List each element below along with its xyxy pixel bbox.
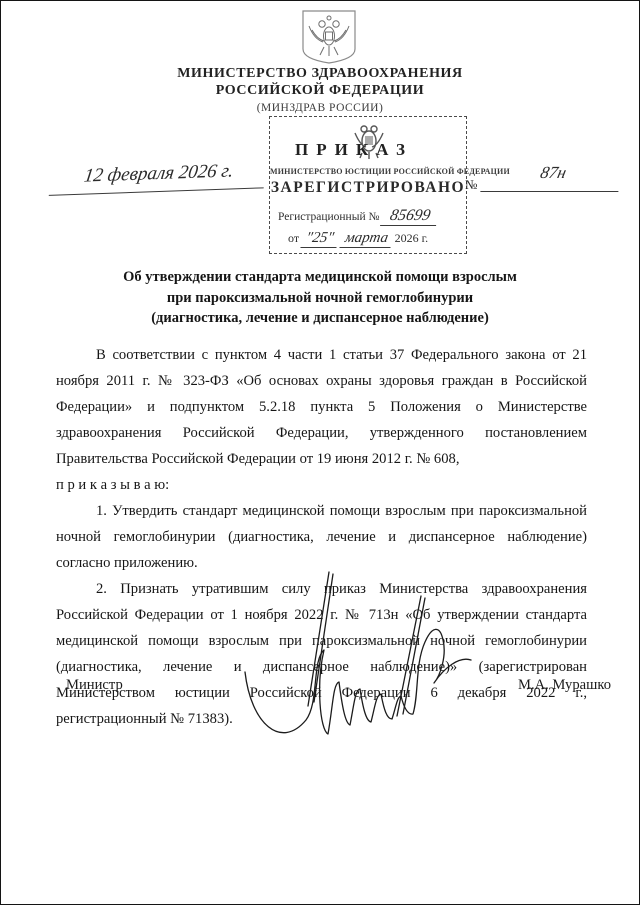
handwritten-order-number: 87н <box>480 157 625 192</box>
order-title-line-3: (диагностика, лечение и диспансерное наб… <box>1 308 639 329</box>
paragraph-preamble: В соответствии с пунктом 4 части 1 стать… <box>56 342 587 472</box>
minjust-emblem-icon <box>352 119 386 159</box>
signer-name: М.А. Мурашко <box>518 677 611 694</box>
stamp-date-month-handwritten: марта <box>339 230 393 248</box>
russia-coat-of-arms-icon <box>300 9 358 65</box>
stamp-date-line: от "25" марта 2026 г. <box>288 230 464 248</box>
paragraph-item-1: 1. Утвердить стандарт медицинской помощи… <box>56 498 587 576</box>
order-body: В соответствии с пунктом 4 части 1 стать… <box>56 342 587 732</box>
ministry-line-1: МИНИСТЕРСТВО ЗДРАВООХРАНЕНИЯ <box>1 65 639 82</box>
order-title-line-2: при пароксизмальной ночной гемоглобинури… <box>1 288 639 309</box>
stamp-reg-number-handwritten: 85699 <box>380 207 440 226</box>
stamp-ministry-line: МИНИСТЕРСТВО ЮСТИЦИИ РОССИЙСКОЙ ФЕДЕРАЦИ… <box>270 167 466 176</box>
signer-role: Министр <box>66 677 123 694</box>
registration-stamp: МИНИСТЕРСТВО ЮСТИЦИИ РОССИЙСКОЙ ФЕДЕРАЦИ… <box>269 116 467 254</box>
number-sign: № <box>465 177 477 193</box>
paragraph-resolution-word: п р и к а з ы в а ю: <box>56 472 587 498</box>
stamp-date-day-handwritten: "25" <box>301 230 340 248</box>
stamp-date-year: 2026 г. <box>395 231 429 245</box>
ministry-line-3: (МИНЗДРАВ РОССИИ) <box>1 102 639 114</box>
order-title: Об утверждении стандарта медицинской пом… <box>1 267 639 329</box>
ministry-heading: МИНИСТЕРСТВО ЗДРАВООХРАНЕНИЯ РОССИЙСКОЙ … <box>1 65 639 114</box>
ministry-line-2: РОССИЙСКОЙ ФЕДЕРАЦИИ <box>1 82 639 99</box>
stamp-registration-number-line: Регистрационный № 85699 <box>278 207 462 226</box>
stamp-reg-label: Регистрационный № <box>278 211 379 223</box>
document-page: МИНИСТЕРСТВО ЗДРАВООХРАНЕНИЯ РОССИЙСКОЙ … <box>0 0 640 905</box>
stamp-registered-label: ЗАРЕГИСТРИРОВАНО <box>270 179 466 197</box>
handwritten-issue-date: 12 февраля 2026 г. <box>49 155 269 196</box>
stamp-date-prefix: от <box>288 231 299 245</box>
paragraph-item-2: 2. Признать утратившим силу приказ Минис… <box>56 576 587 732</box>
order-title-line-1: Об утверждении стандарта медицинской пом… <box>1 267 639 288</box>
